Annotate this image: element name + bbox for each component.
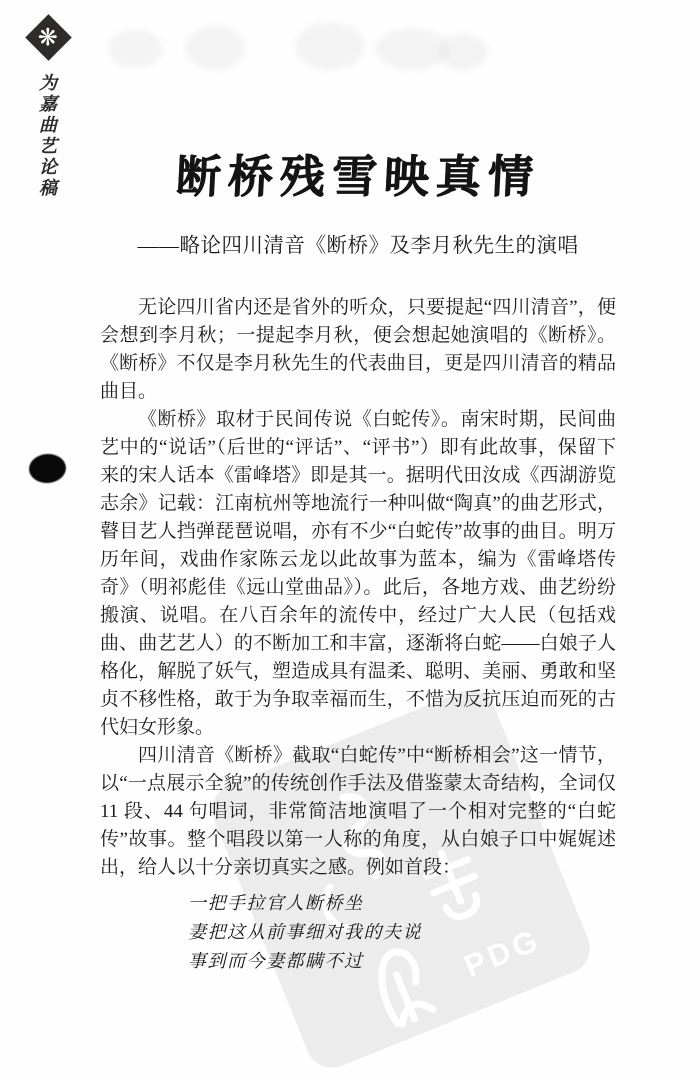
corner-diamond-ornament: ❋ bbox=[25, 14, 72, 61]
scan-artifact-dot bbox=[28, 453, 67, 485]
spine-title: 为嘉曲艺论稿 bbox=[34, 73, 60, 223]
paragraph: 四川清音《断桥》截取“白蛇传”中“断桥相会”这一情节，以“一点展示全貌”的传统创… bbox=[100, 742, 616, 882]
flower-icon: ❋ bbox=[38, 25, 58, 49]
verse-line: 一把手拉官人断桥坐 bbox=[188, 889, 616, 918]
paragraph: 《断桥》取材于民间传说《白蛇传》。南宋时期，民间曲艺中的“说话”（后世的“评话”… bbox=[100, 406, 616, 742]
paragraph: 无论四川省内还是省外的听众，只要提起“四川清音”，便会想到李月秋；一提起李月秋，… bbox=[100, 294, 616, 406]
article-title: 断桥残雪映真情 bbox=[98, 140, 617, 205]
verse-line: 妻把这从前事细对我的夫说 bbox=[188, 918, 616, 947]
article-subtitle: ——略论四川清音《断桥》及李月秋先生的演唱 bbox=[100, 228, 616, 258]
verse-quote: 一把手拉官人断桥坐 妻把这从前事细对我的夫说 事到而今妻都瞒不过 bbox=[188, 889, 616, 976]
article-body: 无论四川省内还是省外的听众，只要提起“四川清音”，便会想到李月秋；一提起李月秋，… bbox=[100, 294, 616, 882]
verse-line: 事到而今妻都瞒不过 bbox=[188, 947, 616, 976]
article-content: 断桥残雪映真情 ——略论四川清音《断桥》及李月秋先生的演唱 无论四川省内还是省外… bbox=[100, 0, 616, 976]
scanned-book-page: ❋ 为嘉曲艺论稿 PDG 断桥残雪映真情 ——略论四川清音《断桥》及李月秋先生的… bbox=[0, 0, 700, 1076]
